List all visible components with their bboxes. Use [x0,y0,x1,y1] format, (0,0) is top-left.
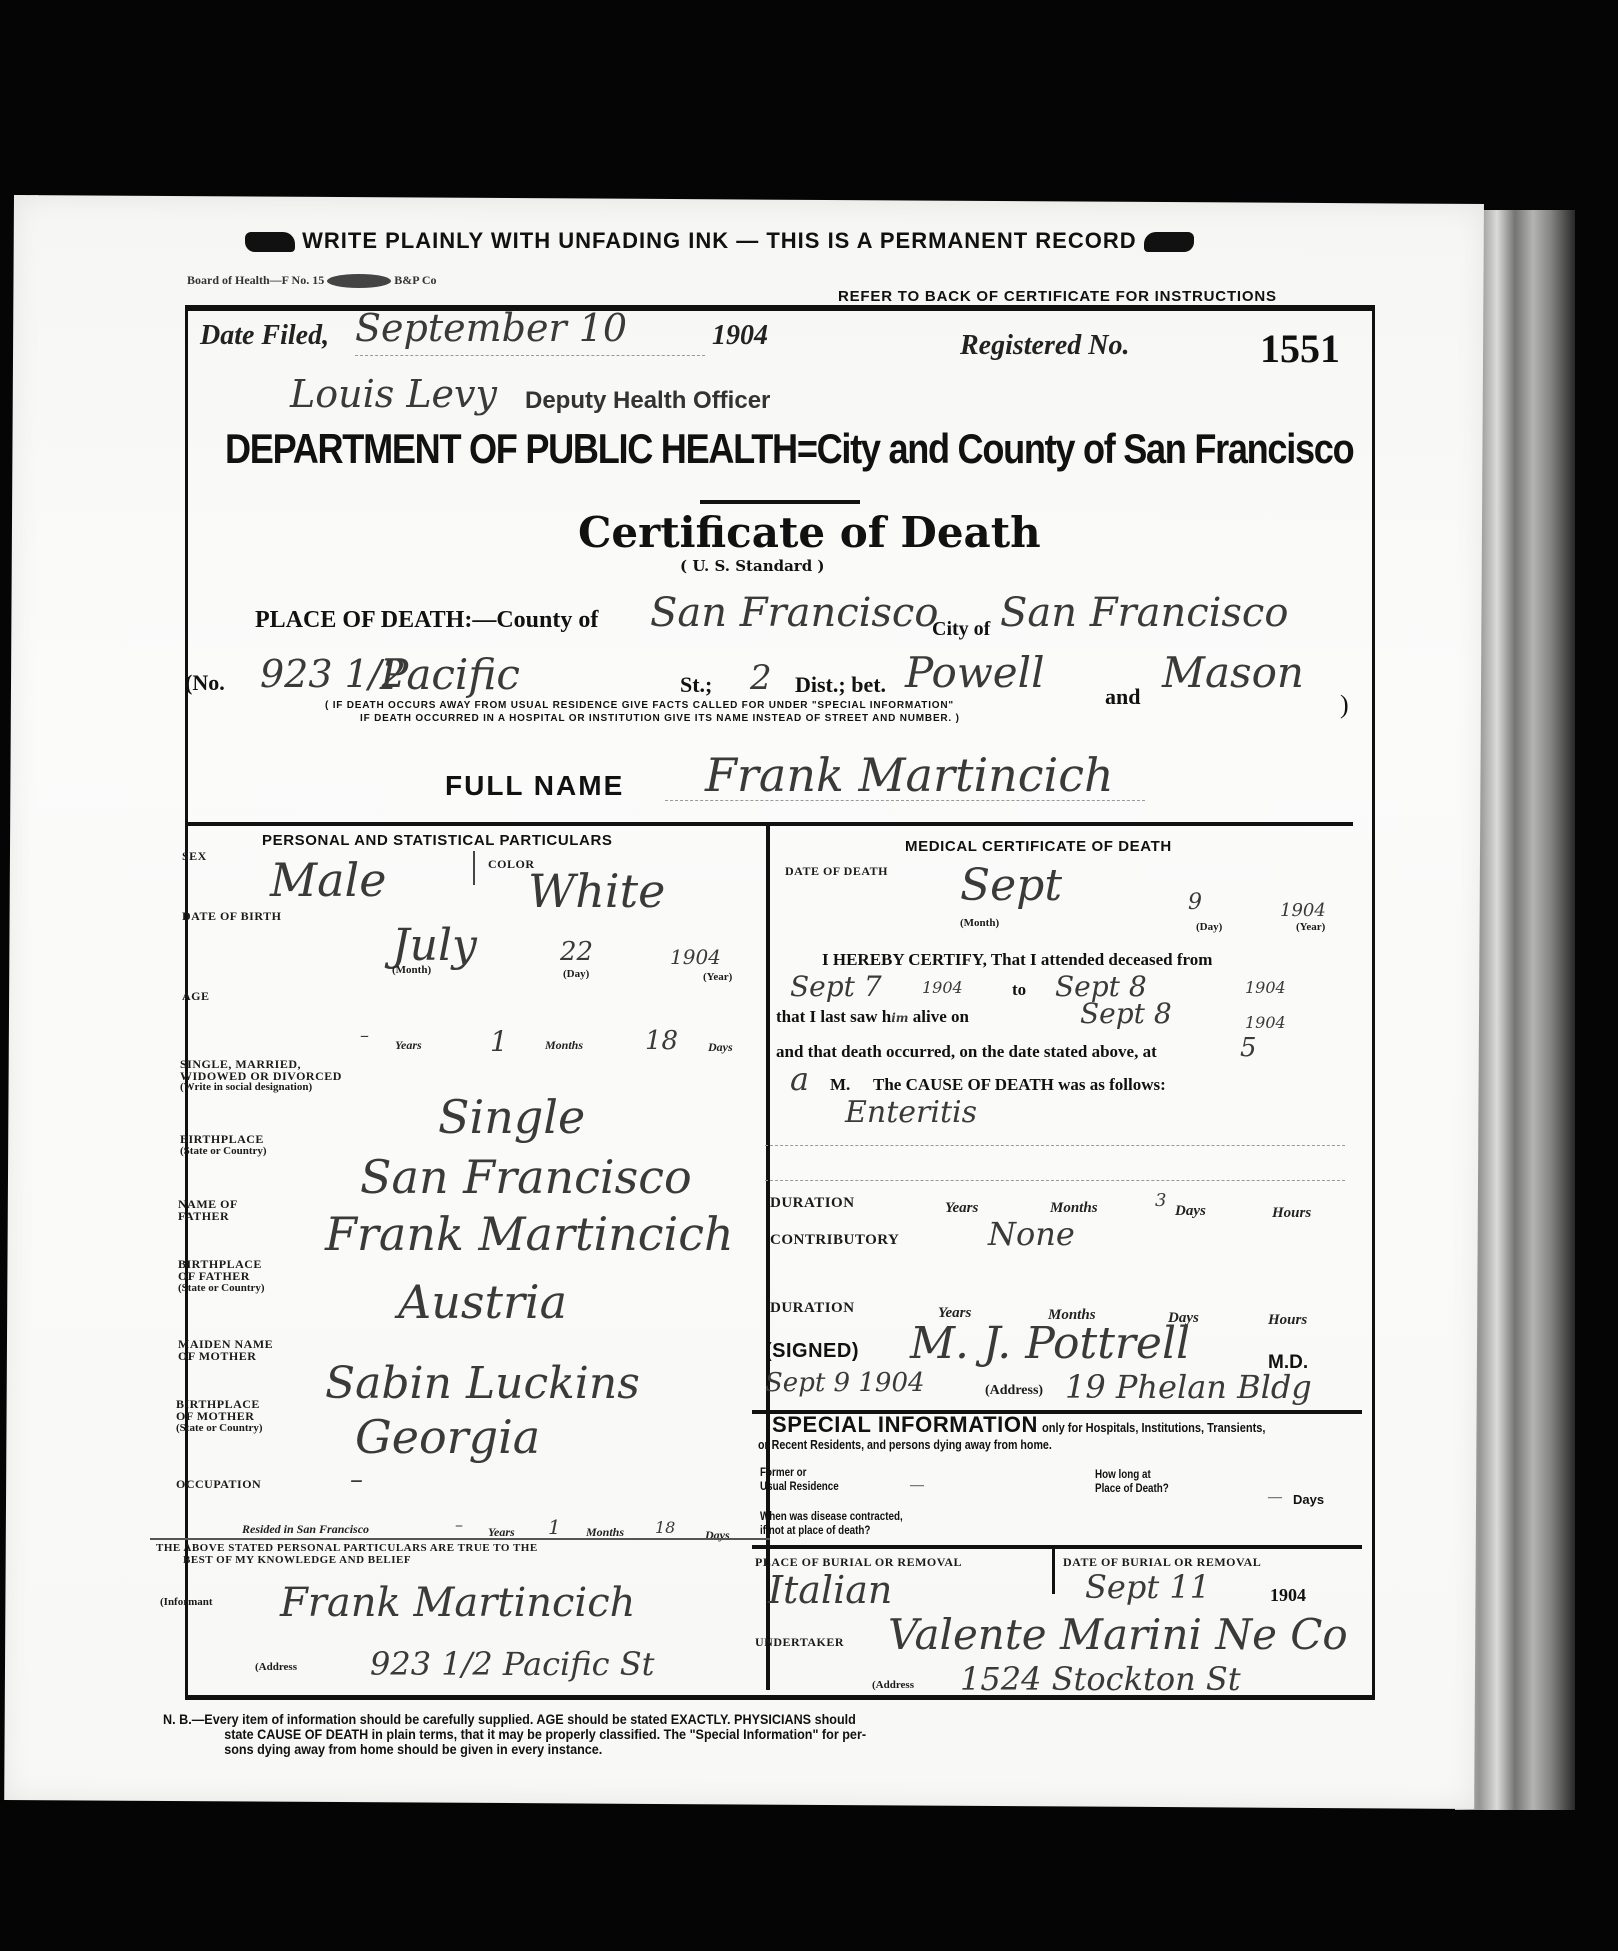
place-of-death-label: PLACE OF DEATH:—County of [255,607,598,634]
burial-year: 1904 [1270,1585,1306,1606]
cause-of-death: Enteritis [845,1095,977,1130]
footnote: N. B.—Every item of information should b… [163,1712,1243,1757]
dod-year: 1904 [1280,900,1326,921]
county-value: San Francisco [650,590,938,636]
street-name: Pacific [380,650,520,699]
duration-2-label: DURATION [770,1302,855,1314]
age-days: 18 [645,1026,678,1056]
burial-place-value: Italian [768,1568,892,1612]
informant-address-label: (Address [255,1662,297,1673]
date-of-death-label: DATE OF DEATH [785,865,888,877]
special-info-heading: SPECIAL INFORMATION only for Hospitals, … [772,1412,1305,1438]
burial-date-label: DATE of BURIAL or REMOVAL [1063,1556,1261,1568]
street-label: St.; [680,672,712,698]
occupation-label: OCCUPATION [176,1478,261,1490]
dob-year: 1904 [670,945,721,969]
undertaker-address: 1524 Stockton St [960,1660,1241,1698]
district-value: 2 [750,658,772,698]
dod-day: 9 [1188,890,1202,915]
physician-address-label: (Address) [985,1385,1043,1396]
am-pm: a [790,1060,809,1098]
contributory-label: CONTRIBUTORY [770,1234,899,1246]
union-label-icon [327,274,391,288]
officer-signature: Louis Levy [290,372,497,416]
residence-note-2: IF DEATH OCCURRED IN A HOSPITAL OR INSTI… [360,713,960,724]
department-title: DEPARTMENT OF PUBLIC HEALTH=City and Cou… [225,425,1353,473]
date-filed-year: 1904 [712,320,768,352]
certify-statement: I HEREBY CERTIFY, That I attended deceas… [822,950,1212,970]
informant-address: 923 1/2 Pacific St [370,1645,654,1683]
death-occurred-statement: and that death occurred, on the date sta… [776,1042,1157,1062]
city-label: City of [932,618,990,641]
how-long-label: How long at Place of Death? [1095,1467,1169,1495]
mother-name: Sabin Luckins [325,1358,640,1409]
burial-date-value: Sept 11 [1085,1568,1210,1606]
sex-label: SEX [182,850,207,862]
full-name-value: Frank Martincich [705,748,1114,802]
last-saw-statement: that I last saw him alive on [776,1007,969,1027]
marital-value: Single [438,1090,585,1144]
form-id: Board of Health—F No. 15 B&P Co [187,273,437,288]
between-street-1: Powell [905,648,1045,697]
age-label: AGE [182,990,210,1002]
between-street-2: Mason [1162,648,1304,697]
sex-value: Male [270,853,386,907]
medical-heading: MEDICAL CERTIFICATE OF DEATH [905,838,1172,855]
physician-signature: M. J. Pottrell [910,1318,1190,1369]
informant-value: Frank Martincich [280,1580,635,1626]
registered-label: Registered No. [960,330,1130,362]
father-birthplace: Austria [398,1275,567,1329]
mother-birthplace: Georgia [355,1410,540,1464]
undertaker-label: UNDERTAKER [755,1636,844,1648]
and-label: and [1105,684,1140,710]
undertaker-value: Valente Marini Ne Co [888,1610,1348,1659]
former-residence-value: — [910,1478,924,1494]
duration-value: 3 [1155,1190,1166,1211]
color-value: White [528,864,665,918]
father-name: Frank Martincich [325,1207,734,1261]
contributory-value: None [988,1215,1075,1253]
former-residence-label: Former or Usual Residence [760,1465,839,1493]
undertaker-address-label: (Address [872,1680,914,1691]
occupation-value: – [350,1465,363,1495]
duration-label: DURATION [770,1197,855,1209]
attended-from: Sept 7 [790,970,882,1003]
age-months: 1 [490,1025,508,1058]
signed-date: Sept 9 1904 [765,1368,925,1398]
city-value: San Francisco [1000,590,1288,636]
residence-note-1: ( IF DEATH OCCURS AWAY FROM USUAL RESIDE… [325,700,954,711]
refer-note: REFER TO BACK OF CERTIFICATE FOR INSTRUC… [838,288,1277,305]
header-banner: WRITE PLAINLY WITH UNFADING INK — THIS I… [245,228,1194,254]
dod-month: Sept [960,860,1062,911]
informant-label: (Informant [160,1597,213,1608]
death-hour: 5 [1240,1033,1257,1063]
signed-label: (SIGNED) [765,1340,859,1363]
date-filed-value: September 10 [355,306,627,350]
age-years: – [360,1025,369,1046]
full-name-label: FULL NAME [445,770,624,802]
dob-day: 22 [560,937,593,967]
birthplace-value: San Francisco [360,1150,692,1204]
banner-text: WRITE PLAINLY WITH UNFADING INK — THIS I… [302,228,1137,253]
officer-title: Deputy Health Officer [525,387,770,415]
cause-statement: The CAUSE OF DEATH was as follows: [873,1075,1166,1095]
registered-number: 1551 [1260,325,1340,372]
district-between-label: Dist.; bet. [795,672,886,698]
pointing-hand-icon [1144,232,1194,252]
certificate-title: Certificate of Death [578,508,1041,557]
date-of-birth-label: DATE OF BIRTH [182,910,281,922]
pointing-hand-icon [245,232,295,252]
us-standard: ( U. S. Standard ) [680,557,825,575]
how-long-value: — [1268,1490,1282,1506]
date-filed-label: Date Filed, [200,320,329,352]
disease-contracted-label: When was disease contracted, if not at p… [760,1509,903,1537]
personal-heading: PERSONAL AND STATISTICAL PARTICULARS [262,832,613,849]
last-saw-date: Sept 8 [1080,997,1172,1030]
street-no-label: (No. [185,670,225,696]
burial-place-label: PLACE OF BURIAL OR REMOVAL [755,1556,962,1568]
physician-address: 19 Phelan Bldg [1065,1368,1312,1406]
